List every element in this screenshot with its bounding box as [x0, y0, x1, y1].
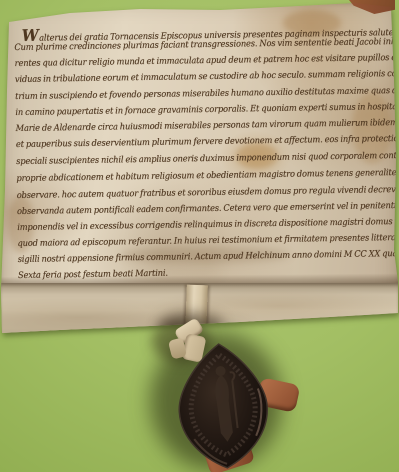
- manuscript-line: et pauperibus suis deservientium plurimu…: [16, 134, 399, 151]
- manuscript-line: rentes qua dicitur religio munda et imma…: [15, 53, 399, 70]
- manuscript-line: trium in suscipiendo et fovendo personas…: [15, 85, 399, 102]
- wax-seal: [166, 337, 281, 472]
- photo-background: Walterus dei gratia Tornacensis Episcopu…: [0, 0, 399, 472]
- manuscript-line: observanda autem pontificali eadem confi…: [17, 201, 399, 218]
- manuscript-line: proprie abdicationem et habitum religios…: [16, 168, 399, 185]
- manuscript-line: Marie de Aldenarde circa huiusmodi miser…: [16, 118, 399, 135]
- manuscript-text: Walterus dei gratia Tornacensis Episcopu…: [14, 20, 375, 286]
- manuscript-line: quod maiora ad episcopum referantur. In …: [17, 232, 399, 249]
- manuscript-line: in camino paupertatis et in fornace grav…: [15, 102, 399, 119]
- manuscript-line: observare. hoc autem quatuor fratribus e…: [17, 185, 399, 202]
- manuscript-line: sigilli nostri appensione firmius commun…: [18, 249, 399, 266]
- parchment-charter: Walterus dei gratia Tornacensis Episcopu…: [0, 0, 399, 340]
- manuscript-line: imponendis vel in excessibus corrigendis…: [17, 216, 399, 233]
- manuscript-line: viduas in tribulatione eorum et immacula…: [15, 68, 399, 85]
- manuscript-line: speciali suscipientes nichil eis amplius…: [16, 150, 399, 167]
